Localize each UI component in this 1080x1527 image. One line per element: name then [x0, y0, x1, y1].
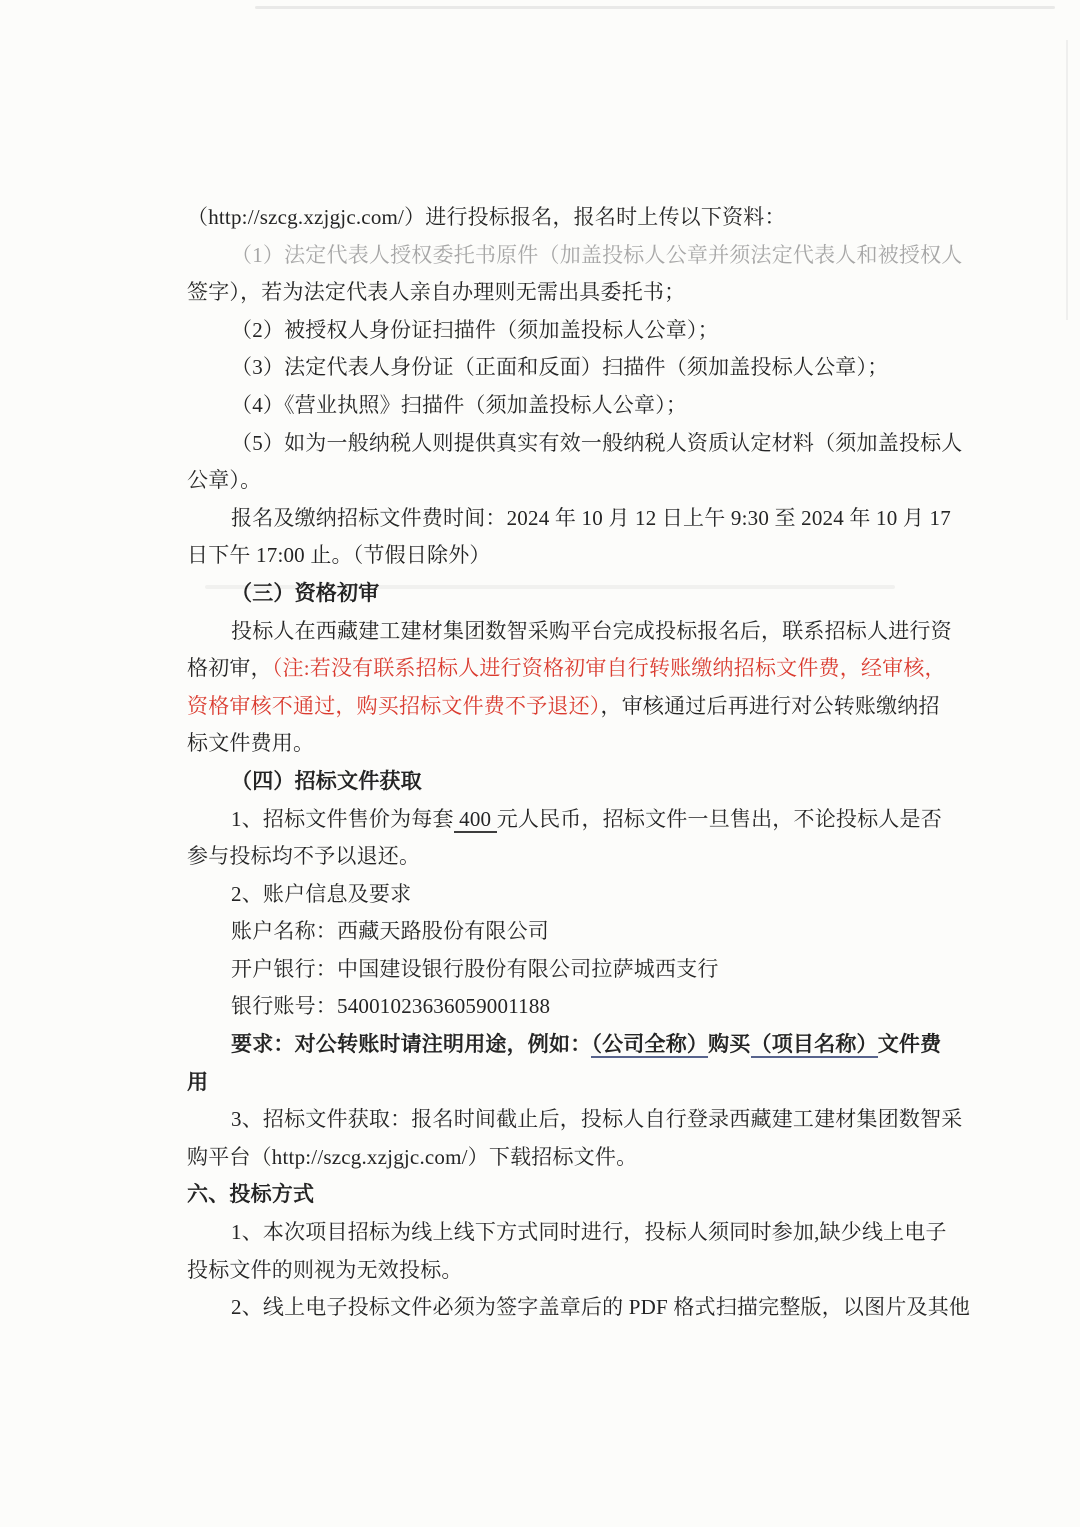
text-run: 2、线上电子投标文件必须为签字盖章后的 PDF 格式扫描完整版，以图片及其他	[231, 1295, 970, 1319]
text-run: 1、招标文件售价为每套	[231, 807, 454, 831]
document-line: （http://szcg.xzjgjc.com/）进行投标报名，报名时上传以下资…	[187, 199, 932, 237]
document-line: 2、线上电子投标文件必须为签字盖章后的 PDF 格式扫描完整版，以图片及其他	[187, 1289, 932, 1327]
bold-text-run: 要求：对公转账时请注明用途，例如：	[231, 1032, 591, 1056]
document-line: 投标人在西藏建工建材集团数智采购平台完成投标报名后，联系招标人进行资	[187, 613, 932, 651]
text-run: 签字），若为法定代表人亲自办理则无需出具委托书；	[187, 280, 685, 304]
bold-text-run: 六、投标方式	[187, 1182, 314, 1206]
text-run: 标文件费用。	[187, 731, 314, 755]
document-line: 2、账户信息及要求	[187, 876, 932, 914]
text-run: 账户名称：西藏天路股份有限公司	[231, 919, 549, 943]
document-line: （四）招标文件获取	[187, 763, 932, 801]
text-run: 投标人在西藏建工建材集团数智采购平台完成投标报名后，联系招标人进行资	[231, 619, 952, 643]
document-line: （1）法定代表人授权委托书原件（加盖投标人公章并须法定代表人和被授权人	[187, 237, 932, 275]
bold-text-run: （四）招标文件获取	[231, 769, 422, 793]
document-line: （5）如为一般纳税人则提供真实有效一般纳税人资质认定材料（须加盖投标人	[187, 425, 932, 463]
text-run: 2、账户信息及要求	[231, 882, 411, 906]
underlined-blank-field: （公司全称）	[591, 1032, 708, 1058]
document-line: 1、招标文件售价为每套 400 元人民币，招标文件一旦售出，不论投标人是否	[187, 801, 932, 839]
document-line: 要求：对公转账时请注明用途，例如：（公司全称）购买（项目名称）文件费	[187, 1026, 932, 1064]
document-line: （三）资格初审	[187, 575, 932, 613]
document-line: 用	[187, 1064, 932, 1102]
bold-text-run: 购买	[708, 1032, 750, 1056]
text-run: 报名及缴纳招标文件费时间：2024 年 10 月 12 日上午 9:30 至 2…	[231, 506, 951, 530]
document-line: 开户银行：中国建设银行股份有限公司拉萨城西支行	[187, 951, 932, 989]
document-line: 格初审，（注:若没有联系招标人进行资格初审自行转账缴纳招标文件费，经审核，	[187, 650, 932, 688]
document-line: 账户名称：西藏天路股份有限公司	[187, 913, 932, 951]
document-line: 标文件费用。	[187, 725, 932, 763]
document-line: 投标文件的则视为无效投标。	[187, 1252, 932, 1290]
text-run: 投标文件的则视为无效投标。	[187, 1258, 463, 1282]
document-line: 六、投标方式	[187, 1176, 932, 1214]
document-line: 1、本次项目招标为线上线下方式同时进行，投标人须同时参加,缺少线上电子	[187, 1214, 932, 1252]
bold-text-run: 用	[187, 1070, 208, 1094]
red-note-text-run: （注:若没有联系招标人进行资格初审自行转账缴纳招标文件费，经审核，	[272, 656, 946, 680]
text-run: （2）被授权人身份证扫描件（须加盖投标人公章）；	[231, 318, 719, 342]
document-line: 银行账号：54001023636059001188	[187, 988, 932, 1026]
text-run: 购平台（http://szcg.xzjgjc.com/）下载招标文件。	[187, 1145, 637, 1169]
underlined-price-value: 400	[454, 807, 497, 833]
text-run: 元人民币，招标文件一旦售出，不论投标人是否	[497, 807, 942, 831]
text-run: （5）如为一般纳税人则提供真实有效一般纳税人资质认定材料（须加盖投标人	[231, 431, 963, 455]
faded-text-run: （1）法定代表人授权委托书原件（加盖投标人公章并须法定代表人和被授权人	[231, 243, 963, 267]
document-lines: （http://szcg.xzjgjc.com/）进行投标报名，报名时上传以下资…	[187, 199, 932, 1327]
scan-artifact	[1066, 40, 1068, 320]
bold-text-run: （三）资格初审	[231, 581, 379, 605]
text-run: 开户银行：中国建设银行股份有限公司拉萨城西支行	[231, 957, 719, 981]
bold-text-run: 文件费	[878, 1032, 942, 1056]
document-line: 报名及缴纳招标文件费时间：2024 年 10 月 12 日上午 9:30 至 2…	[187, 500, 932, 538]
page: （http://szcg.xzjgjc.com/）进行投标报名，报名时上传以下资…	[0, 0, 1080, 1527]
document-line: 签字），若为法定代表人亲自办理则无需出具委托书；	[187, 274, 932, 312]
document-line: 资格审核不通过，购买招标文件费不予退还），审核通过后再进行对公转账缴纳招	[187, 688, 932, 726]
text-run: 3、招标文件获取：报名时间截止后，投标人自行登录西藏建工建材集团数智采	[231, 1107, 963, 1131]
document-line: 参与投标均不予以退还。	[187, 838, 932, 876]
text-run: 日下午 17:00 止。（节假日除外）	[187, 543, 491, 567]
document-line: （2）被授权人身份证扫描件（须加盖投标人公章）；	[187, 312, 932, 350]
underlined-blank-field: （项目名称）	[751, 1032, 878, 1058]
text-run: （4）《营业执照》扫描件（须加盖投标人公章）；	[231, 393, 687, 417]
document-line: 日下午 17:00 止。（节假日除外）	[187, 537, 932, 575]
document-line: （4）《营业执照》扫描件（须加盖投标人公章）；	[187, 387, 932, 425]
document-line: （3）法定代表人身份证（正面和反面）扫描件（须加盖投标人公章）；	[187, 349, 932, 387]
document-body: （http://szcg.xzjgjc.com/）进行投标报名，报名时上传以下资…	[187, 199, 932, 1327]
text-run: 参与投标均不予以退还。	[187, 844, 420, 868]
document-line: 公章）。	[187, 462, 932, 500]
text-run: 1、本次项目招标为线上线下方式同时进行，投标人须同时参加,缺少线上电子	[231, 1220, 947, 1244]
scan-artifact	[255, 6, 1055, 9]
document-line: 购平台（http://szcg.xzjgjc.com/）下载招标文件。	[187, 1139, 932, 1177]
text-run: 公章）。	[187, 468, 261, 492]
document-line: 3、招标文件获取：报名时间截止后，投标人自行登录西藏建工建材集团数智采	[187, 1101, 932, 1139]
text-run: ，审核通过后再进行对公转账缴纳招	[601, 694, 940, 718]
text-run: 格初审，	[187, 656, 272, 680]
text-run: （3）法定代表人身份证（正面和反面）扫描件（须加盖投标人公章）；	[231, 355, 888, 379]
text-run: 银行账号：54001023636059001188	[231, 994, 550, 1018]
red-note-text-run: 资格审核不通过，购买招标文件费不予退还）	[187, 694, 601, 718]
text-run: （http://szcg.xzjgjc.com/）进行投标报名，报名时上传以下资…	[187, 205, 786, 229]
